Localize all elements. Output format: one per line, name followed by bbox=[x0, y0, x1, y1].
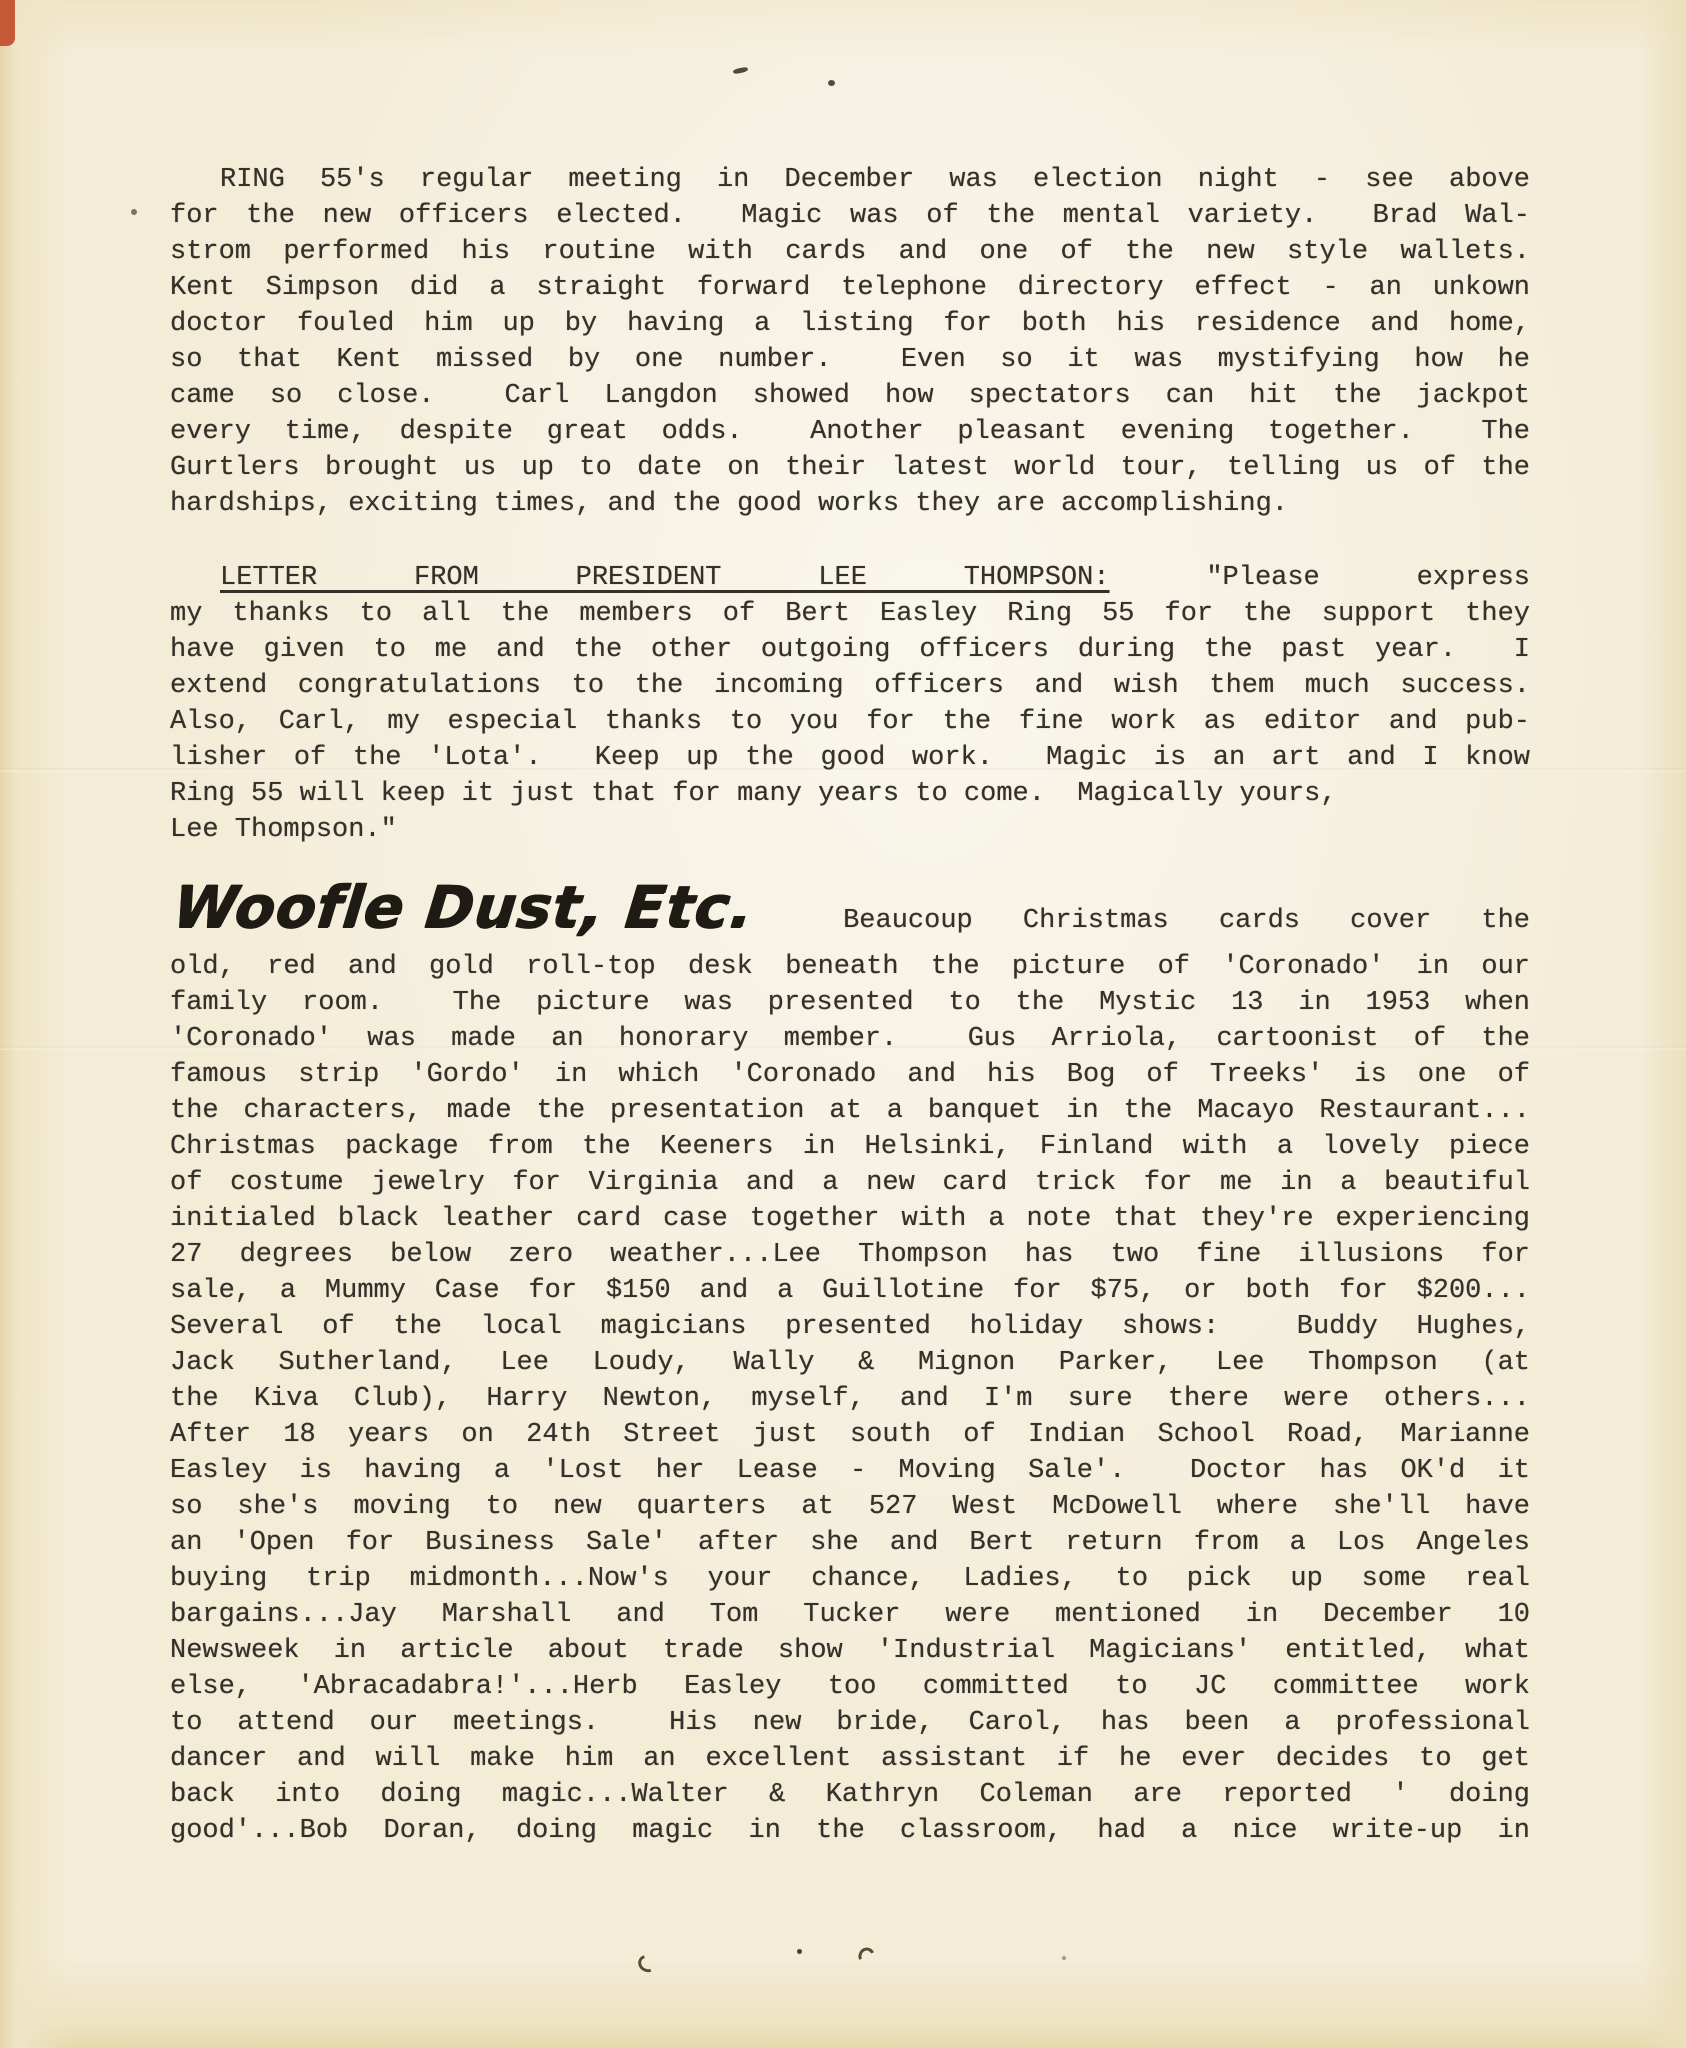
ring55-report-paragraph: RING 55's regular meeting in December wa… bbox=[170, 162, 1530, 522]
text-line: sale, a Mummy Case for $150 and a Guillo… bbox=[170, 1273, 1530, 1309]
text-line: have given to me and the other outgoing … bbox=[170, 632, 1530, 668]
ink-smudge bbox=[856, 1945, 877, 1966]
letter-heading-rest: "Please express bbox=[1110, 563, 1530, 593]
text-line: buying trip midmonth...Now's your chance… bbox=[170, 1561, 1530, 1597]
text-line: for the new officers elected. Magic was … bbox=[170, 198, 1530, 234]
text-line: initialed black leather card case togeth… bbox=[170, 1201, 1530, 1237]
text-line: so that Kent missed by one number. Even … bbox=[170, 342, 1530, 378]
text-line: Also, Carl, my especial thanks to you fo… bbox=[170, 704, 1530, 740]
woofle-heading-row: Woofle Dust, Etc. Beaucoup Christmas car… bbox=[170, 876, 1530, 939]
text-line: hardships, exciting times, and the good … bbox=[170, 486, 1530, 522]
ink-speck bbox=[1062, 1956, 1066, 1960]
text-line: the characters, made the presentation at… bbox=[170, 1093, 1530, 1129]
text-line: an 'Open for Business Sale' after she an… bbox=[170, 1525, 1530, 1561]
text-line: Kent Simpson did a straight forward tele… bbox=[170, 270, 1530, 306]
text-line: family room. The picture was presented t… bbox=[170, 985, 1530, 1021]
text-line: Jack Sutherland, Lee Loudy, Wally & Mign… bbox=[170, 1345, 1530, 1381]
ink-speck bbox=[797, 1949, 802, 1954]
page-text-block: RING 55's regular meeting in December wa… bbox=[170, 162, 1530, 1849]
text-line: RING 55's regular meeting in December wa… bbox=[170, 162, 1530, 198]
text-line: doctor fouled him up by having a listing… bbox=[170, 306, 1530, 342]
text-line: strom performed his routine with cards a… bbox=[170, 234, 1530, 270]
text-line: came so close. Carl Langdon showed how s… bbox=[170, 378, 1530, 414]
woofle-dust-paragraph: old, red and gold roll-top desk beneath … bbox=[170, 949, 1530, 1849]
text-line: LETTER FROM PRESIDENT LEE THOMPSON: "Ple… bbox=[170, 560, 1530, 596]
text-line: Lee Thompson." bbox=[170, 812, 1530, 848]
text-line: Ring 55 will keep it just that for many … bbox=[170, 776, 1530, 812]
ink-speck bbox=[828, 80, 835, 86]
text-line: Gurtlers brought us up to date on their … bbox=[170, 450, 1530, 486]
text-line: old, red and gold roll-top desk beneath … bbox=[170, 949, 1530, 985]
newsletter-scanned-page: RING 55's regular meeting in December wa… bbox=[0, 0, 1686, 2048]
text-line: 27 degrees below zero weather...Lee Thom… bbox=[170, 1237, 1530, 1273]
letter-heading: LETTER FROM PRESIDENT LEE THOMPSON: bbox=[220, 563, 1110, 593]
text-line: dancer and will make him an excellent as… bbox=[170, 1741, 1530, 1777]
president-letter-paragraph: LETTER FROM PRESIDENT LEE THOMPSON: "Ple… bbox=[170, 560, 1530, 848]
ink-speck bbox=[733, 66, 749, 74]
text-line: After 18 years on 24th Street just south… bbox=[170, 1417, 1530, 1453]
text-line: back into doing magic...Walter & Kathryn… bbox=[170, 1777, 1530, 1813]
text-line: of costume jewelry for Virginia and a ne… bbox=[170, 1165, 1530, 1201]
text-line: to attend our meetings. His new bride, C… bbox=[170, 1705, 1530, 1741]
text-line: lisher of the 'Lota'. Keep up the good w… bbox=[170, 740, 1530, 776]
text-line: 'Coronado' was made an honorary member. … bbox=[170, 1021, 1530, 1057]
text-line: bargains...Jay Marshall and Tom Tucker w… bbox=[170, 1597, 1530, 1633]
text-line: good'...Bob Doran, doing magic in the cl… bbox=[170, 1813, 1530, 1849]
text-line: the Kiva Club), Harry Newton, myself, an… bbox=[170, 1381, 1530, 1417]
woofle-dust-heading: Woofle Dust, Etc. bbox=[170, 876, 756, 938]
ink-smudge bbox=[635, 1952, 659, 1975]
text-line: extend congratulations to the incoming o… bbox=[170, 668, 1530, 704]
text-line: else, 'Abracadabra!'...Herb Easley too c… bbox=[170, 1669, 1530, 1705]
text-line: my thanks to all the members of Bert Eas… bbox=[170, 596, 1530, 632]
text-line: Newsweek in article about trade show 'In… bbox=[170, 1633, 1530, 1669]
text-line: famous strip 'Gordo' in which 'Coronado … bbox=[170, 1057, 1530, 1093]
woofle-intro-text: Beaucoup Christmas cards cover the bbox=[843, 903, 1530, 939]
text-line: so she's moving to new quarters at 527 W… bbox=[170, 1489, 1530, 1525]
text-line: Several of the local magicians presented… bbox=[170, 1309, 1530, 1345]
text-line: every time, despite great odds. Another … bbox=[170, 414, 1530, 450]
ink-speck bbox=[131, 209, 137, 215]
red-ink-mark bbox=[0, 0, 15, 46]
text-line: Christmas package from the Keeners in He… bbox=[170, 1129, 1530, 1165]
text-line: Easley is having a 'Lost her Lease - Mov… bbox=[170, 1453, 1530, 1489]
